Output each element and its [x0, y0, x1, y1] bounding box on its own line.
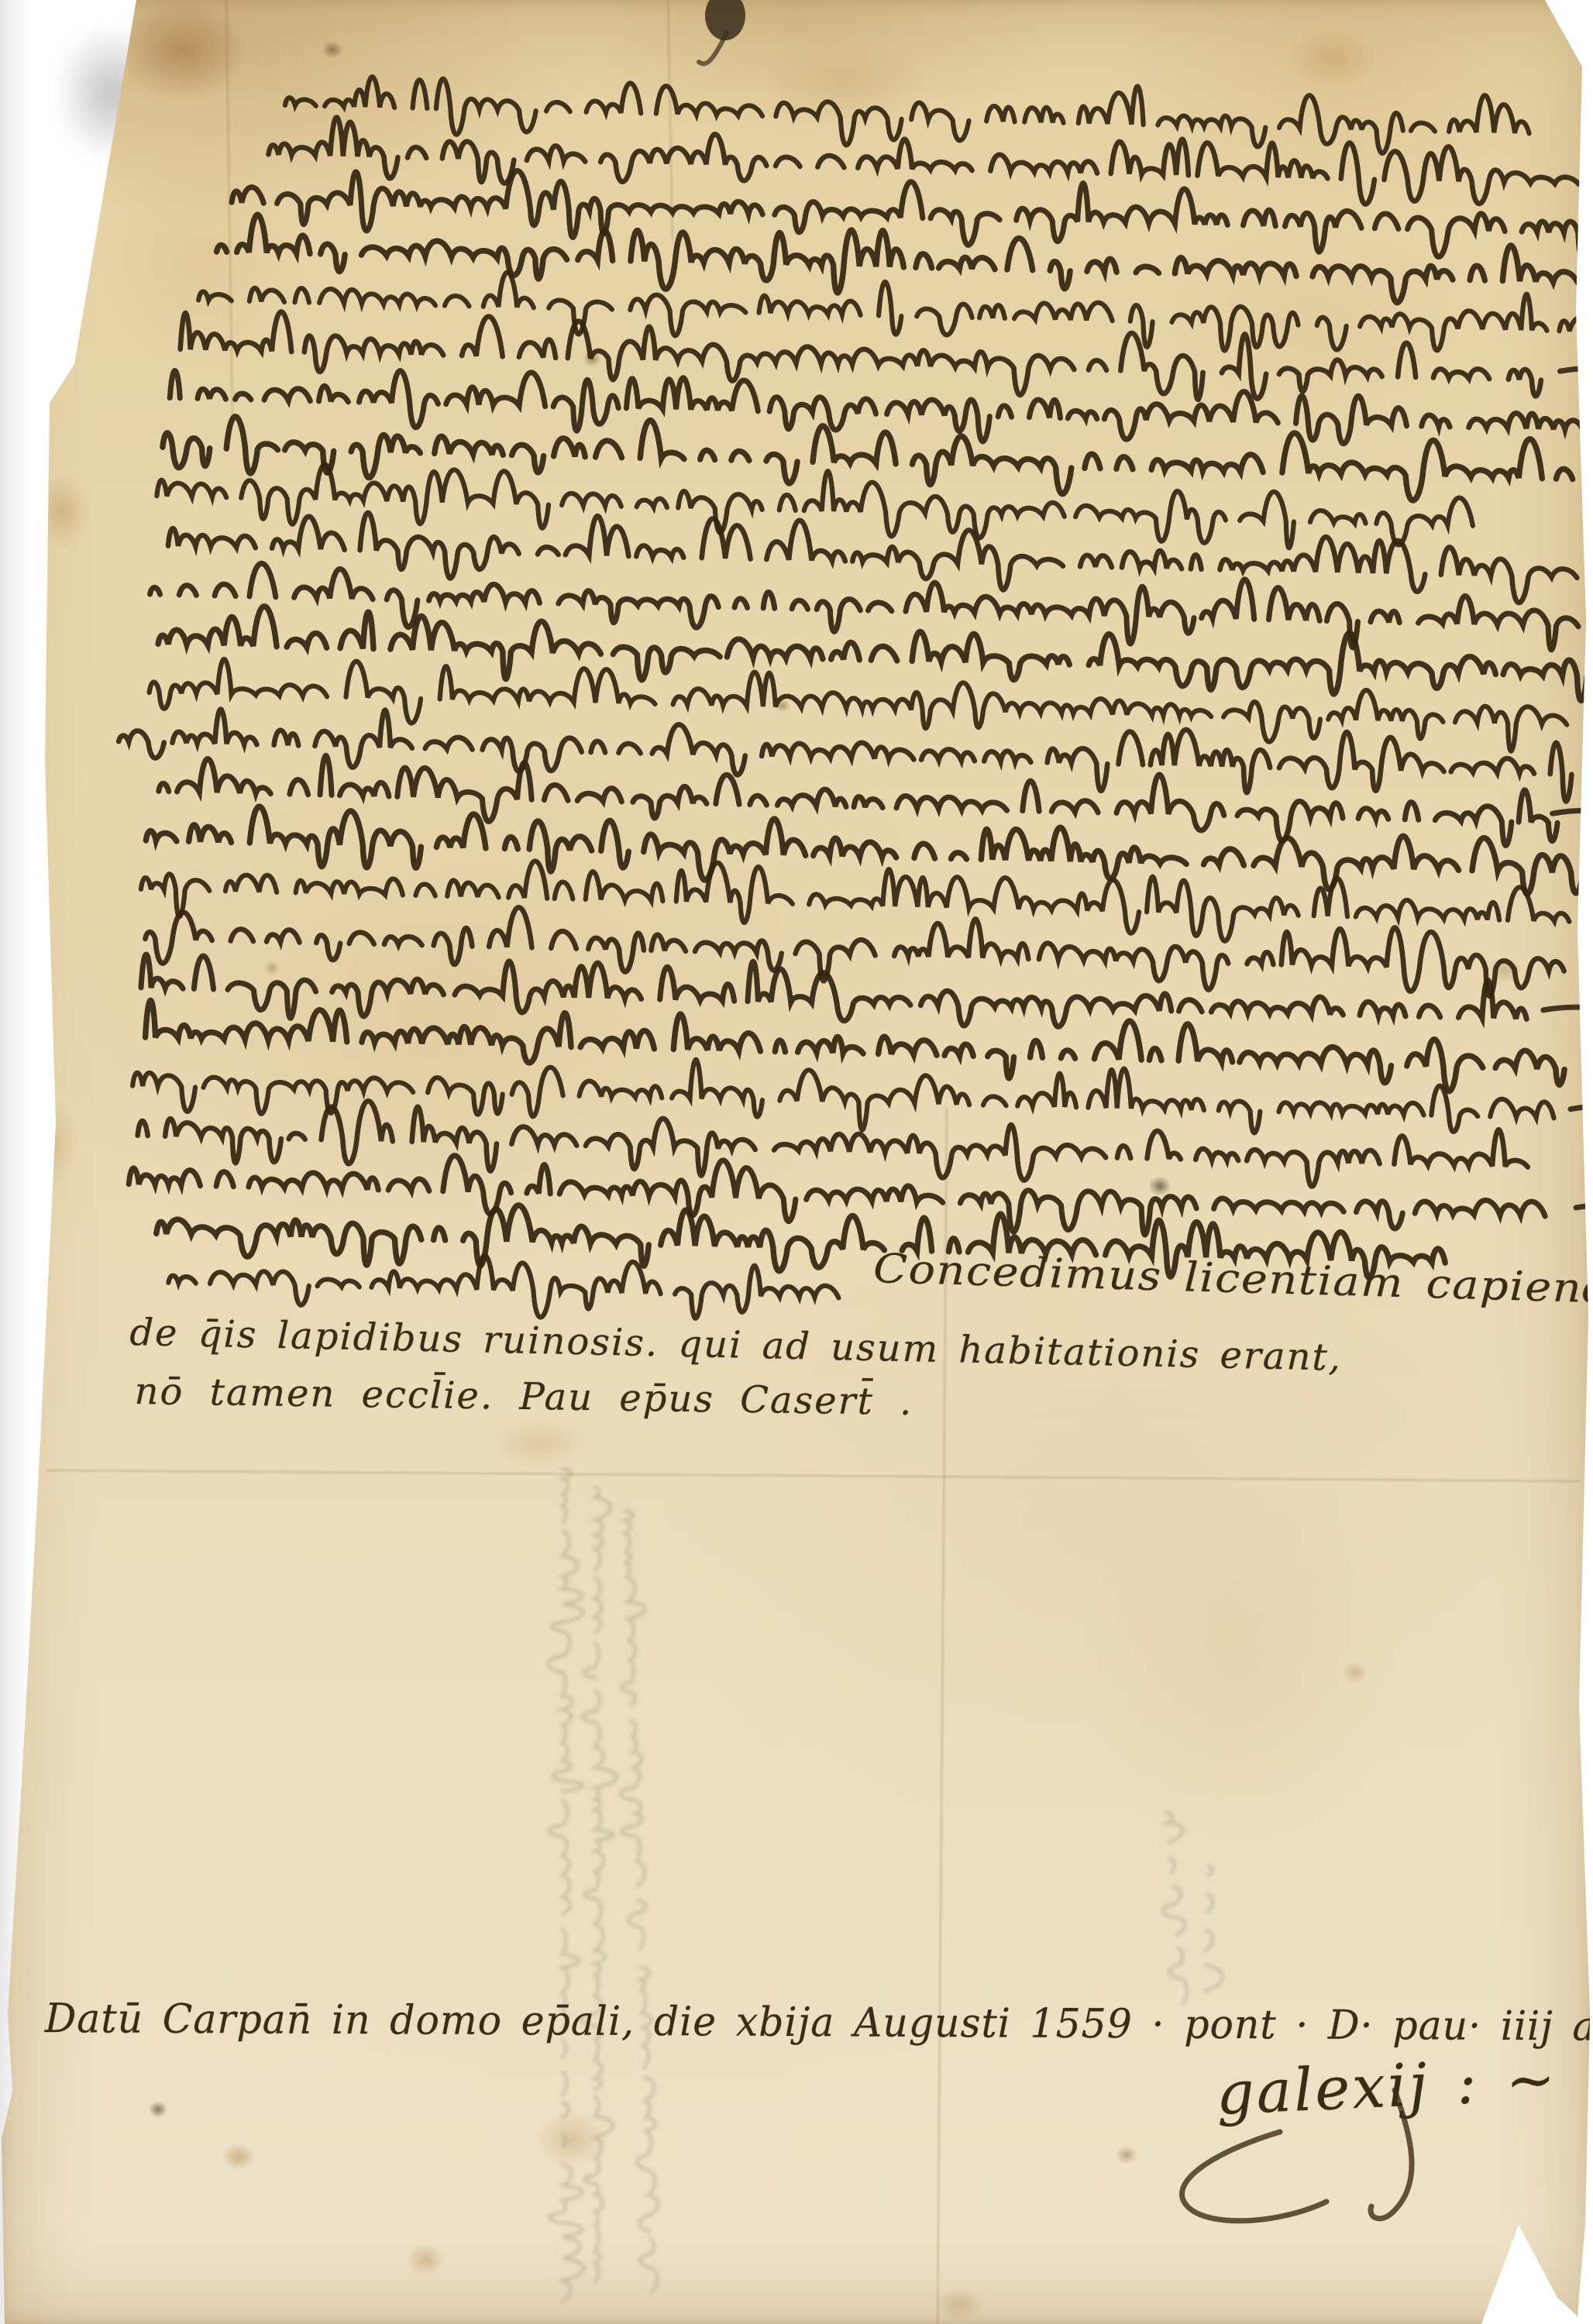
ghost-line-scribble — [581, 1487, 616, 2282]
crease-line — [46, 1470, 1581, 1481]
ghost-line — [1154, 1811, 1199, 2021]
line-end-dash — [1543, 1006, 1593, 1012]
manuscript-line-scribble — [157, 456, 1474, 552]
manuscript-date-line: Datū Carpan̄ in domo ep̄ali, die xbija A… — [45, 1996, 1593, 2051]
line-end-dash — [1553, 810, 1593, 815]
crease-line — [226, 0, 232, 418]
manuscript-line-scribble — [132, 1047, 1554, 1146]
ghost-line — [548, 1469, 584, 2321]
line-end-dash — [1560, 367, 1593, 373]
ghost-line-scribble — [611, 1510, 669, 2293]
ink-blot-tail — [699, 33, 727, 64]
manuscript-line-scribble — [231, 164, 1593, 261]
bleed-through-ghost-text — [548, 1469, 1227, 2321]
line-end-dash — [1588, 466, 1593, 472]
scanned-manuscript-page: { "colors":{ "scan_background":"#ffffff"… — [0, 0, 1593, 2324]
ghost-line — [611, 1510, 669, 2293]
manuscript-line-scribble — [145, 899, 1584, 998]
ghost-line-scribble — [548, 1469, 584, 2321]
manuscript-paper-sheet: Concedimus licentiam capiend̄ de q̄is la… — [0, 0, 1593, 2324]
ghost-line — [1204, 1865, 1227, 2010]
manuscript-line-scribble — [168, 1248, 840, 1324]
manuscript-line-scribble — [162, 407, 1588, 506]
manuscript-line-scribble — [158, 751, 1558, 847]
manuscript-line-scribble — [146, 804, 1584, 900]
ghost-line — [581, 1487, 616, 2282]
ink-blot — [699, 0, 745, 64]
crease-line — [668, 0, 673, 240]
line-end-dash — [1576, 1204, 1593, 1209]
ghost-line-scribble — [1204, 1865, 1227, 2010]
handwriting-svg — [0, 0, 1593, 2324]
manuscript-body-scribbles — [106, 64, 1593, 1342]
ghost-line-scribble — [1154, 1811, 1199, 2021]
line-end-dash — [1571, 1105, 1593, 1111]
